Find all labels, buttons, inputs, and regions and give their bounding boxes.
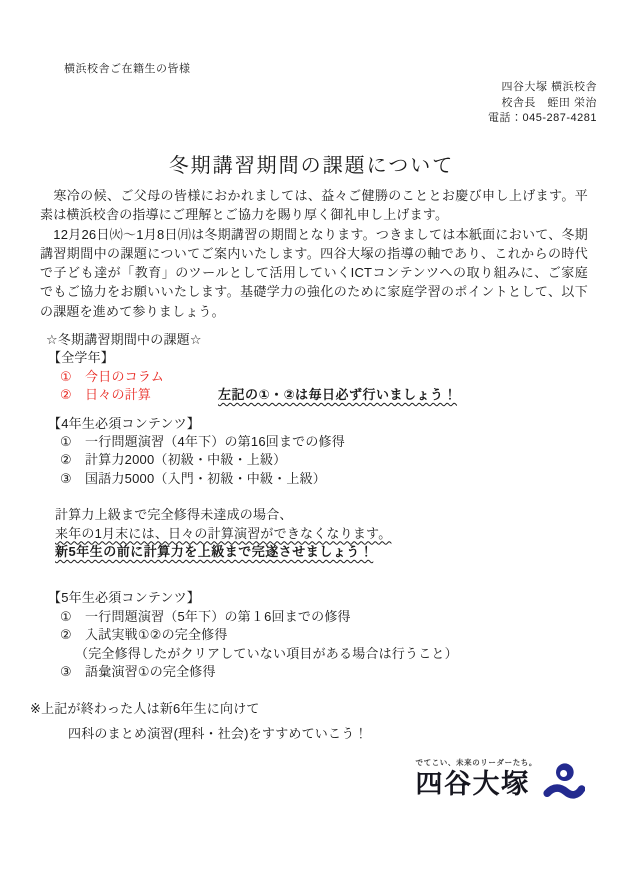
grade5-item-1: ① 一行問題演習（5年下）の第１6回までの修得 [60,608,596,626]
grade4-item-3: ③ 国語力5000（入門・初級・中級・上級） [60,470,596,488]
logo-name: 四谷大塚 [416,769,538,799]
body-paragraphs: 寒冷の候、ご父母の皆様におかれましては、益々ご健勝のこととお慶び申し上げます。平… [40,186,588,321]
all-grades-row: ② 日々の計算 左記の①・②は毎日必ず行いましょう！ [40,386,596,404]
grade5-item-2: ② 入試実戦①②の完全修得 [60,626,596,644]
grade5-header: 【5年生必須コンテンツ】 [48,589,596,607]
swimmer-mark-icon [543,761,585,812]
daily-requirement-note: 左記の①・②は毎日必ず行いましょう！ [218,386,457,404]
grade4-item-2: ② 計算力2000（初級・中級・上級） [60,451,596,469]
grade4-header: 【4年生必須コンテンツ】 [48,415,596,433]
assignments-section-title: ☆冬期講習期間中の課題☆ [46,331,596,349]
recipient-line: 横浜校舎ご在籍生の皆様 [64,60,191,76]
assignments-content: ☆冬期講習期間中の課題☆ 【全学年】 ① 今日のコラム ② 日々の計算 左記の①… [40,331,596,743]
sender-block: 四谷大塚 横浜校舎 校舎長 蛭田 栄治 電話：045-287-4281 [488,80,597,127]
announcement-paragraph: 12月26日㈫～1月8日㈪は冬期講習の期間となります。つきましては本紙面において… [40,225,588,321]
sender-role-name: 校舎長 蛭田 栄治 [488,96,597,112]
grade5-item-3: ③ 語彙演習①の完全修得 [60,663,596,681]
closing-note-line-1: ※上記が終わった人は新6年生に向けて [30,700,596,718]
closing-note-line-2: 四科のまとめ演習(理科・社会)をすすめていこう！ [68,725,596,743]
grade4-warning-line-2: 来年の1月末には、日々の計算演習ができなくなります。 [55,525,596,543]
document-page: 横浜校舎ご在籍生の皆様 四谷大塚 横浜校舎 校舎長 蛭田 栄治 電話：045-2… [0,0,623,885]
all-grades-header: 【全学年】 [48,349,596,367]
grade4-warning-line-3: 新5年生の前に計算力を上級まで完遂させましょう！ [55,543,596,561]
sender-org: 四谷大塚 横浜校舎 [488,80,597,96]
logo-text-column: でてこい、未来のリーダーたち。 四谷大塚 [416,757,538,799]
page-title: 冬期講習期間の課題について [0,149,623,178]
grade4-item-1: ① 一行問題演習（4年下）の第16回までの修得 [60,433,596,451]
grade5-item-2-sub: （完全修得したがクリアしていない項目がある場合は行うこと） [75,645,596,663]
yotsuya-otsuka-logo: でてこい、未来のリーダーたち。 四谷大塚 [416,757,586,812]
sender-phone: 電話：045-287-4281 [488,111,597,127]
greeting-paragraph: 寒冷の候、ご父母の皆様におかれましては、益々ご健勝のこととお慶び申し上げます。平… [40,186,588,225]
grade4-warning-line-1: 計算力上級まで完全修得未達成の場合、 [55,506,596,524]
all-grades-item-1: ① 今日のコラム [60,368,596,386]
all-grades-item-2: ② 日々の計算 [60,386,218,404]
logo-tagline: でてこい、未来のリーダーたち。 [416,757,538,768]
